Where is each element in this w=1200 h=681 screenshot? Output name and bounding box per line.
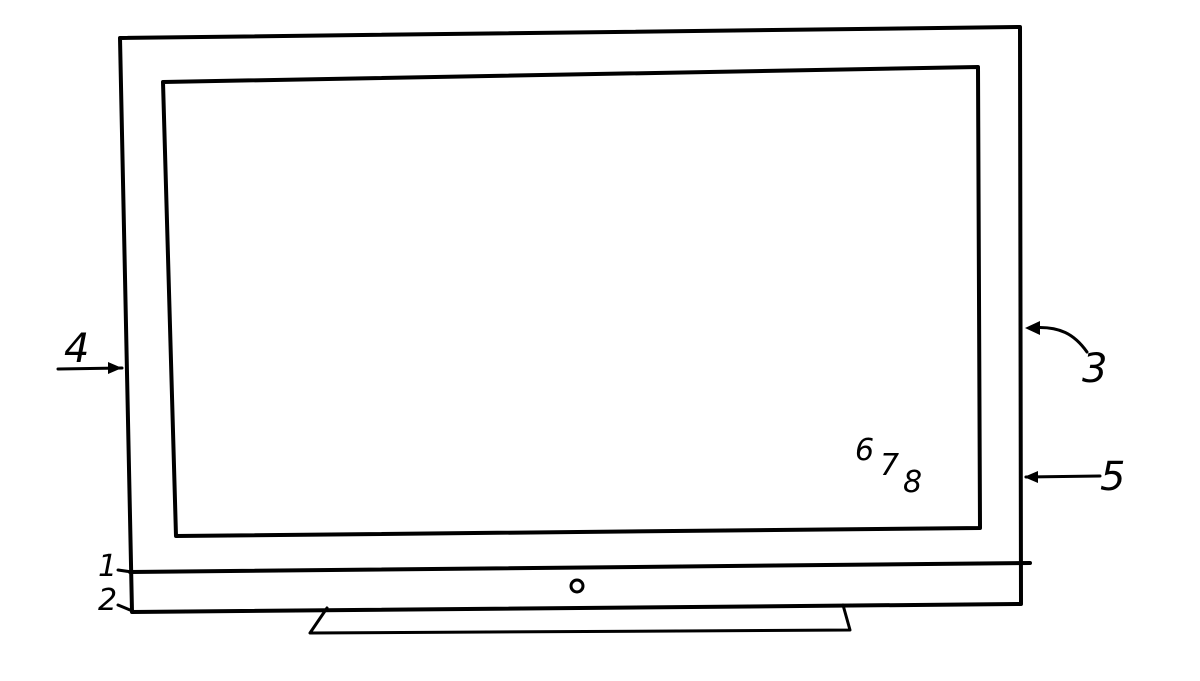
label-1: 1 (98, 549, 117, 584)
leader-arrow-5 (1024, 471, 1100, 483)
outer-frame (120, 27, 1021, 612)
leader-2 (118, 605, 130, 610)
tv-diagram: 4 3 5 1 2 6 7 8 (0, 0, 1200, 681)
label-2: 2 (98, 583, 117, 618)
bottom-bar-divider (130, 563, 1030, 572)
label-8: 8 (903, 465, 922, 500)
label-3: 3 (1082, 346, 1107, 392)
label-6: 6 (855, 433, 874, 468)
label-7: 7 (880, 448, 899, 483)
label-4: 4 (64, 326, 89, 372)
power-button-icon (571, 580, 583, 592)
leader-arrow-3 (1025, 321, 1087, 352)
label-5: 5 (1100, 454, 1125, 500)
leader-1 (118, 570, 132, 572)
